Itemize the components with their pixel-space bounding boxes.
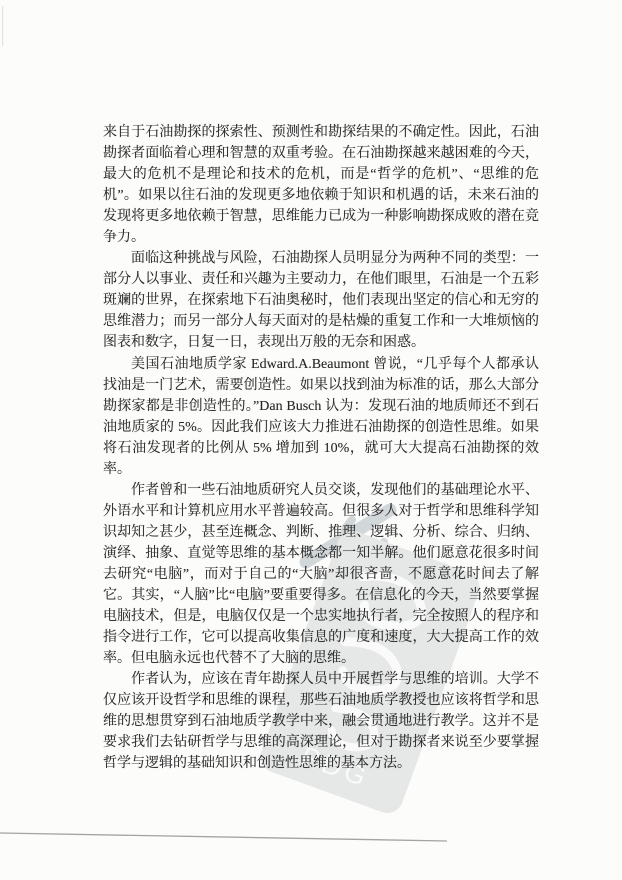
scan-bottom-line <box>0 833 447 841</box>
paragraph: 来自于石油勘探的探索性、预测性和勘探结果的不确定性。因此，石油勘探者面临着心理和… <box>103 122 539 248</box>
paragraph: 美国石油地质学家 Edward.A.Beaumont 曾说，“几乎每个人都承认找… <box>103 354 539 480</box>
paragraph: 作者认为，应该在青年勘探人员中开展哲学与思维的培训。大学不仅应该开设哲学和思维的… <box>103 669 539 774</box>
scan-edge-sliver <box>2 6 3 46</box>
body-text: 来自于石油勘探的探索性、预测性和勘探结果的不确定性。因此，石油勘探者面临着心理和… <box>103 122 539 774</box>
scanned-book-page: PDG 来自于石油勘探的探索性、预测性和勘探结果的不确定性。因此，石油勘探者面临… <box>0 0 622 880</box>
paragraph: 面临这种挑战与风险，石油勘探人员明显分为两种不同的类型：一部分人以事业、责任和兴… <box>103 248 539 353</box>
paragraph: 作者曾和一些石油地质研究人员交谈，发现他们的基础理论水平、外语水平和计算机应用水… <box>103 480 539 669</box>
